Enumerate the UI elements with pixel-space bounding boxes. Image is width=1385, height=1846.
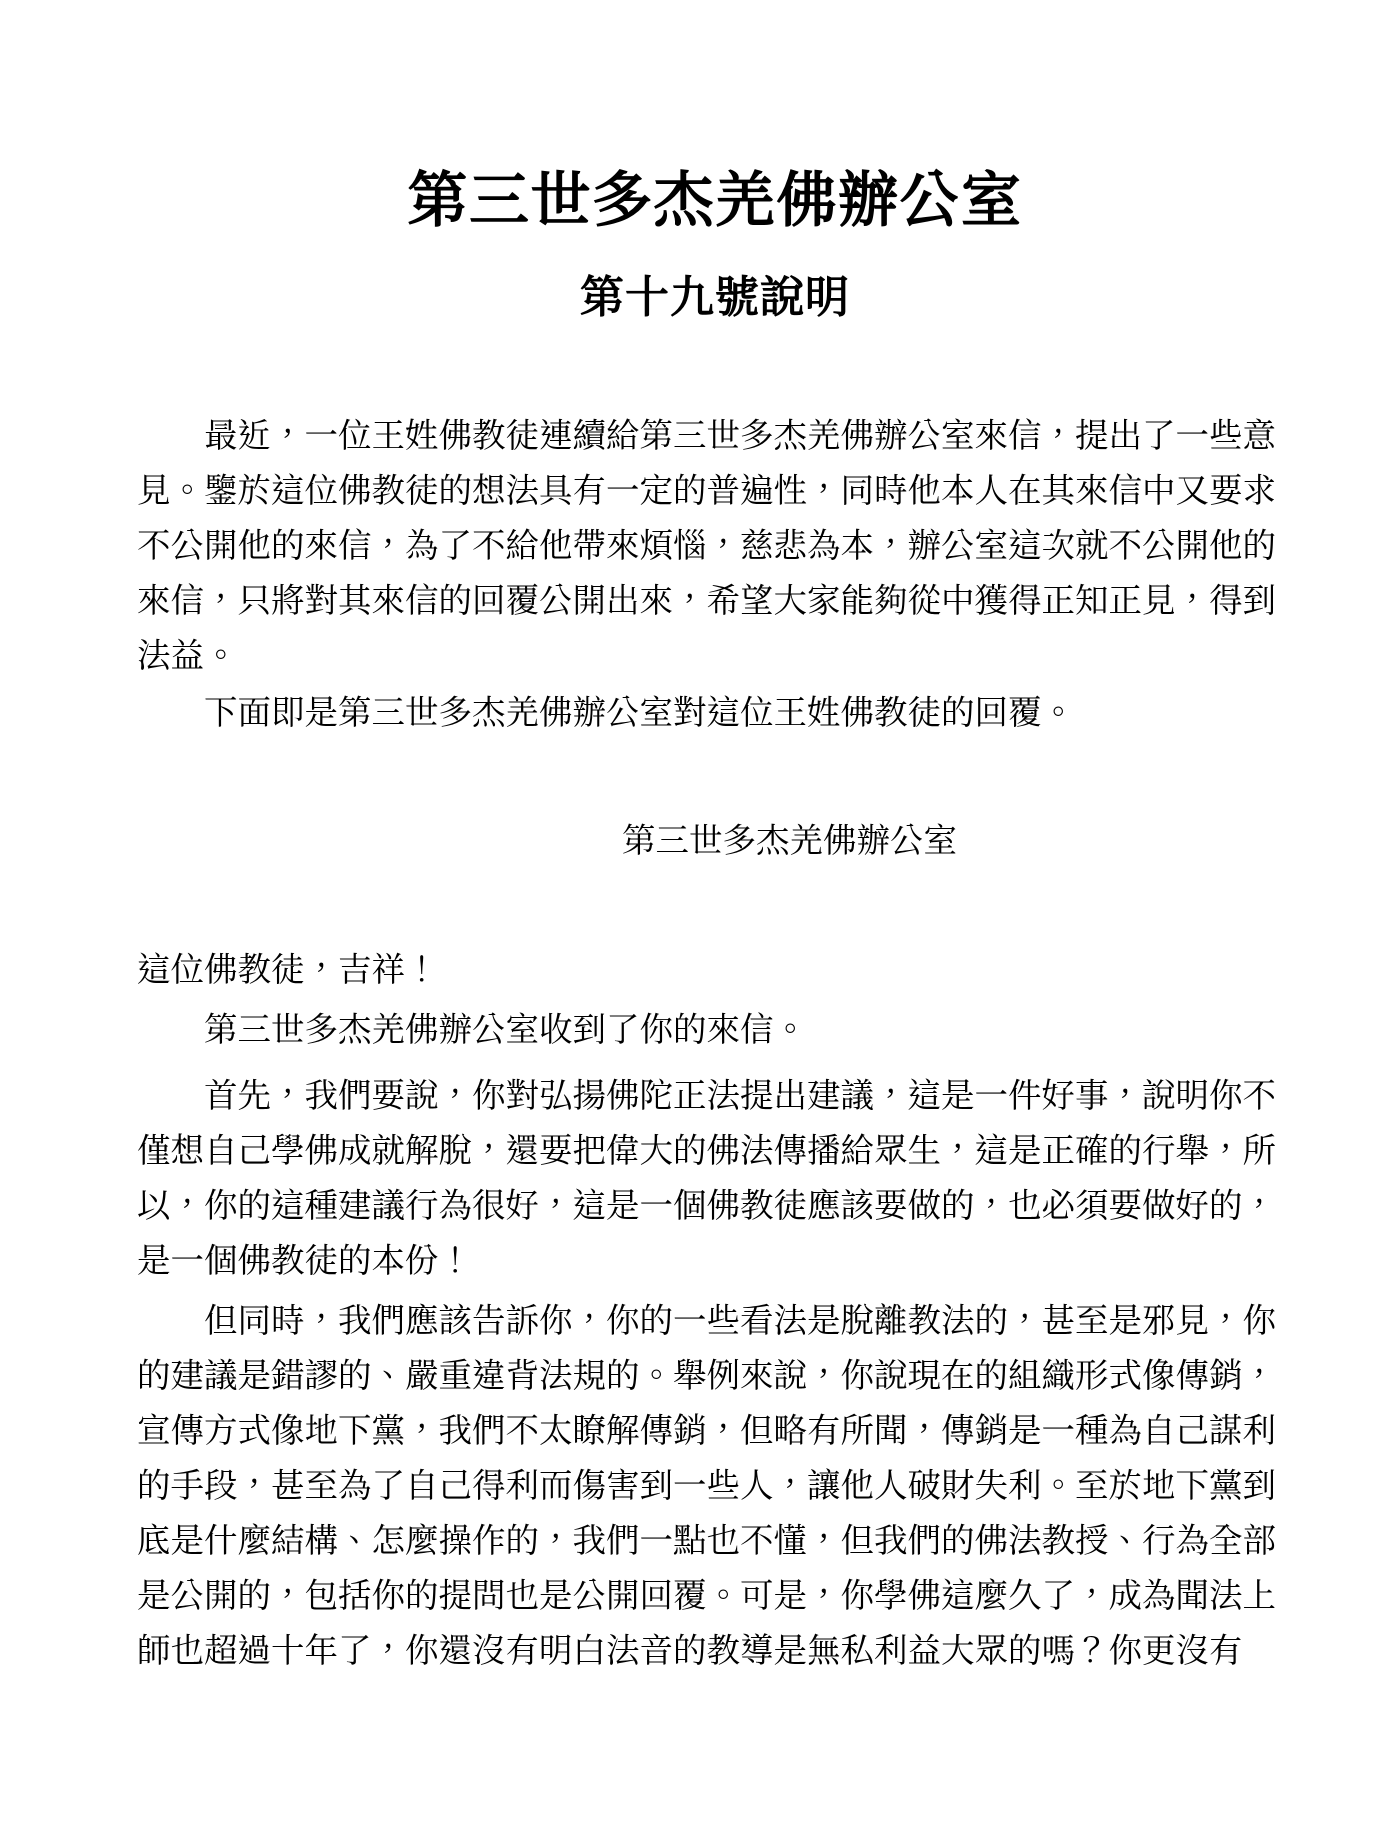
paragraph-critique: 但同時，我們應該告訴你，你的一些看法是脫離教法的，甚至是邪見，你的建議是錯謬的、… xyxy=(137,1293,1276,1678)
paragraph-salutation: 這位佛教徒，吉祥！ xyxy=(137,942,1276,997)
paragraph-praise: 首先，我們要說，你對弘揚佛陀正法提出建議，這是一件好事，說明你不僅想自己學佛成就… xyxy=(137,1068,1276,1288)
paragraph-acknowledgement: 第三世多杰羌佛辦公室收到了你的來信。 xyxy=(137,1002,1276,1057)
paragraph-lead-in: 下面即是第三世多杰羌佛辦公室對這位王姓佛教徒的回覆。 xyxy=(137,685,1276,740)
document-page: 第三世多杰羌佛辦公室 第十九號說明 最近，一位王姓佛教徒連續給第三世多杰羌佛辦公… xyxy=(0,0,1385,1846)
document-subtitle: 第十九號說明 xyxy=(137,269,1293,327)
paragraph-intro: 最近，一位王姓佛教徒連續給第三世多杰羌佛辦公室來信，提出了一些意見。鑒於這位佛教… xyxy=(137,408,1276,683)
reply-author-line: 第三世多杰羌佛辦公室 xyxy=(622,813,1293,868)
document-title: 第三世多杰羌佛辦公室 xyxy=(137,164,1293,238)
